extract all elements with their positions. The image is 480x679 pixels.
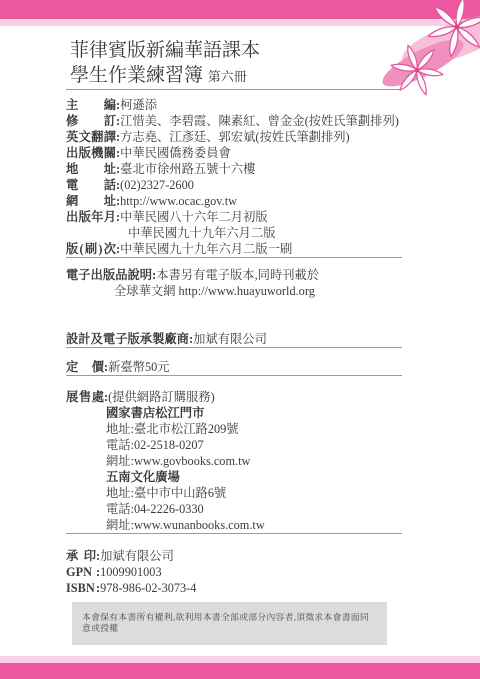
field-value: 臺北市徐州路五號十六樓 [120, 161, 255, 177]
row-revisers: 修訂:江惜美、李碧霞、陳素紅、曾金金(按姓氏筆劃排列) [66, 113, 402, 129]
field-value: www.govbooks.com.tw [134, 453, 250, 469]
store-name: 國家書店松江門市 [106, 405, 402, 421]
field-value: 方志堯、江彥廷、郭宏斌(按姓氏筆劃排列) [120, 129, 350, 145]
field-value: 中華民國九十九年六月二版 [128, 225, 276, 241]
row-isbn: ISBN:978-986-02-3073-4 [66, 580, 402, 596]
field-label: 展售處 [66, 389, 104, 405]
field-label: 網址 [66, 193, 116, 209]
row-chief-editor: 主編:柯遜添 [66, 97, 402, 113]
field-label: 主編 [66, 97, 116, 113]
field-value: 加斌有限公司 [193, 331, 267, 347]
field-label: 出版年月 [66, 209, 116, 225]
field-value: 臺中市中山路6號 [134, 485, 226, 501]
row-gpn: GPN:1009901003 [66, 564, 402, 580]
field-value: 中華民國僑務委員會 [120, 145, 231, 161]
field-label: 設計及電子版承製廠商 [66, 331, 189, 347]
sales-outlets: 展售處:(提供網路訂購服務) 國家書店松江門市 地址:臺北市松江路209號 電話… [66, 389, 402, 533]
field-value: (提供網路訂購服務) [108, 389, 215, 405]
row-address: 地址:臺北市徐州路五號十六樓 [66, 161, 402, 177]
field-label: 定價 [66, 359, 104, 375]
field-label: 修訂 [66, 113, 116, 129]
store-item-govbooks: 國家書店松江門市 地址:臺北市松江路209號 電話:02-2518-0207 網… [106, 405, 402, 469]
field-label: 承印 [66, 548, 96, 564]
imprint-block: 承印:加斌有限公司 GPN:1009901003 ISBN:978-986-02… [66, 548, 402, 596]
book-subtitle: 學生作業練習簿 [70, 65, 203, 86]
field-label: 電話 [106, 501, 131, 517]
title-divider [66, 89, 402, 90]
field-value: www.wunanbooks.com.tw [134, 517, 265, 533]
row-sales-outlets: 展售處:(提供網路訂購服務) [66, 389, 402, 405]
store-phone-row: 電話:04-2226-0330 [106, 501, 402, 517]
field-value: http://www.ocac.gov.tw [120, 193, 237, 209]
field-label: 網址 [106, 453, 131, 469]
field-value: 柯遜添 [120, 97, 157, 113]
field-value: 中華民國八十六年二月初版 [120, 209, 268, 225]
store-phone-row: 電話:02-2518-0207 [106, 437, 402, 453]
row-design-vendor: 設計及電子版承製廠商:加斌有限公司 [66, 331, 402, 347]
row-pub-date-line2: 中華民國九十九年六月二版 [66, 225, 402, 241]
row-printer: 承印:加斌有限公司 [66, 548, 402, 564]
field-value: (02)2327-2600 [120, 177, 194, 193]
row-pub-date: 出版年月:中華民國八十六年二月初版 [66, 209, 402, 225]
section-divider-3 [66, 375, 402, 376]
field-label: 地址 [106, 421, 131, 437]
field-label: ISBN [66, 580, 96, 596]
store-address-row: 地址:臺中市中山路6號 [106, 485, 402, 501]
publication-info: 主編:柯遜添 修訂:江惜美、李碧霞、陳素紅、曾金金(按姓氏筆劃排列) 英文翻譯:… [66, 97, 402, 257]
store-address-row: 地址:臺北市松江路209號 [106, 421, 402, 437]
field-value: 中華民國九十九年六月二版一刷 [120, 241, 292, 257]
field-label: GPN [66, 564, 96, 580]
colophon-page: 菲律賓版新編華語課本 學生作業練習簿 第六冊 主編:柯遜添 修訂:江惜美、李碧霞… [0, 0, 480, 679]
bottom-pink-band [0, 663, 480, 679]
field-label: 地址 [106, 485, 131, 501]
store-name: 五南文化廣場 [106, 469, 402, 485]
field-label: 電話 [106, 437, 131, 453]
colophon-content: 菲律賓版新編華語課本 學生作業練習簿 第六冊 主編:柯遜添 修訂:江惜美、李碧霞… [66, 0, 402, 645]
store-website-row: 網址:www.wunanbooks.com.tw [106, 517, 402, 533]
field-value: 加斌有限公司 [100, 548, 174, 564]
section-divider-2 [66, 347, 402, 348]
field-label: 英文翻譯 [66, 129, 116, 145]
row-price: 定價:新臺幣50元 [66, 359, 402, 375]
field-value: 04-2226-0330 [134, 501, 204, 517]
field-value: 978-986-02-3073-4 [100, 580, 196, 596]
field-value: 本書另有電子版本,同時刊載於 [156, 267, 319, 283]
volume-label: 第六冊 [208, 69, 247, 84]
field-label: 版(刷)次 [66, 241, 116, 257]
book-title: 菲律賓版新編華語課本 學生作業練習簿 第六冊 [70, 38, 402, 89]
field-label: 網址 [106, 517, 131, 533]
epub-note: 電子出版品說明:本書另有電子版本,同時刊載於 全球華文網 http://www.… [66, 267, 402, 299]
field-value: 新臺幣50元 [108, 359, 170, 375]
row-publisher: 出版機關:中華民國僑務委員會 [66, 145, 402, 161]
row-translators: 英文翻譯:方志堯、江彥廷、郭宏斌(按姓氏筆劃排列) [66, 129, 402, 145]
row-edition: 版(刷)次:中華民國九十九年六月二版一刷 [66, 241, 402, 257]
bottom-lightpink-band [0, 656, 480, 663]
row-phone: 電話:(02)2327-2600 [66, 177, 402, 193]
field-label: 地址 [66, 161, 116, 177]
row-epub-line2: 全球華文網 http://www.huayuworld.org [114, 283, 402, 299]
store-website-row: 網址:www.govbooks.com.tw [106, 453, 402, 469]
field-value: 全球華文網 http://www.huayuworld.org [114, 283, 315, 299]
section-divider-4 [66, 533, 402, 534]
row-epub: 電子出版品說明:本書另有電子版本,同時刊載於 [66, 267, 402, 283]
field-label: 出版機關 [66, 145, 116, 161]
field-value: 臺北市松江路209號 [134, 421, 239, 437]
section-divider-1 [66, 257, 402, 258]
book-title-line2: 學生作業練習簿 第六冊 [70, 63, 402, 89]
store-item-wunan: 五南文化廣場 地址:臺中市中山路6號 電話:04-2226-0330 網址:ww… [106, 469, 402, 533]
book-title-line1: 菲律賓版新編華語課本 [70, 38, 402, 63]
field-value: 02-2518-0207 [134, 437, 204, 453]
row-website: 網址:http://www.ocac.gov.tw [66, 193, 402, 209]
copyright-notice: 本會保有本書所有權利,欲利用本書全部或部分內容者,須徵求本會書面同意或授權 [72, 602, 387, 645]
field-value: 1009901003 [100, 564, 161, 580]
field-label: 電子出版品說明 [66, 267, 152, 283]
field-value: 江惜美、李碧霞、陳素紅、曾金金(按姓氏筆劃排列) [120, 113, 399, 129]
field-label: 電話 [66, 177, 116, 193]
